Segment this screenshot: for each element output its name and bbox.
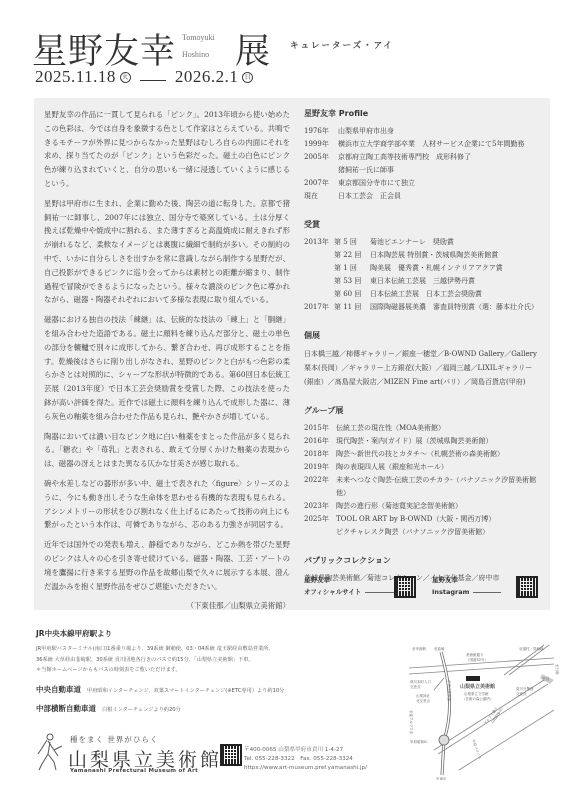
group-year: 2023年 — [304, 500, 336, 513]
expressway-access: 中央自動車道甲府昭和インターチェンジ、双葉スマートインターチェンジ(※ETC専用… — [36, 684, 376, 695]
award-row: 2013年第 5 回菊池ビエンナーレ 奨励賞 — [304, 236, 540, 249]
award-text: 陶美展 優秀賞・札幌インテリアアクア賞 — [370, 262, 540, 275]
award-text: 菊池ビエンナーレ 奨励賞 — [370, 236, 540, 249]
award-year: 2017年 — [304, 301, 334, 314]
museum-qr-code-icon[interactable] — [220, 744, 242, 766]
award-year: 2013年 — [304, 236, 334, 249]
museum-name-english: Yamanashi Prefectural Museum of Art — [70, 768, 198, 774]
group-row: 2018年陶芸～新世代の技とカタチ～（札幌芸術の森美術館） — [304, 448, 540, 461]
essay-paragraph: 磁器における独自の技法「練継」は、伝統的な技法の「練上」と「胴継」を組み合わせた… — [44, 313, 290, 423]
awards-title: 受賞 — [304, 219, 540, 230]
map-label: 至東京 — [436, 776, 447, 780]
group-year: 2016年 — [304, 435, 336, 448]
museum-phone-fax: Tel. 055-228-3322 Fax. 055-228-3324 — [244, 755, 367, 764]
award-year — [304, 275, 334, 288]
map-label: 美術館通り — [466, 652, 484, 657]
award-text: 国際陶磁器展美濃 審査員特別賞（選：藤本壮介氏） — [370, 301, 540, 314]
profile-text: 京都府立陶工高等技術専門校 成形科修了 猪飼祐一氏に師事 — [338, 151, 540, 177]
profile-title: 星野友幸 Profile — [304, 108, 540, 119]
group-text: 陶の表現四人展（銀座和光ホール） — [336, 461, 540, 474]
group-row: 2015年伝統工芸の現在性（MOA美術館） — [304, 422, 540, 435]
award-year — [304, 288, 334, 301]
award-row: 第 53 回東日本伝統工芸展 三越伊勢丹賞 — [304, 275, 540, 288]
map-label: 貢川本町入口 — [410, 679, 431, 684]
group-row: ピクチャレスク陶芸（パナソニック汐留美術館） — [304, 526, 540, 539]
profile-section: 星野友幸 Profile 1976年山梨県甲府市出身 1999年横浜市立大学商学… — [304, 108, 540, 203]
curator-essay: 星野友幸の作品に一貫して見られる「ピンク」。2013年頃から使い始めたこの色彩は… — [44, 108, 290, 619]
award-text: 日本伝統工芸展 日本工芸会奨励賞 — [370, 288, 540, 301]
road-title: 中央自動車道 — [36, 684, 81, 695]
map-label: 至甲府駅 — [412, 646, 426, 651]
exhibition-subtitle: キュレーターズ・アイ — [290, 39, 394, 51]
date-start: 2025.11.18 — [35, 67, 116, 87]
official-site-line1: 星野友幸 — [304, 574, 405, 586]
group-row: 2023年陶芸の進行形（菊池寛実記念智美術館） — [304, 500, 540, 513]
profile-year: 2007年 — [304, 177, 338, 190]
award-edition: 第 5 回 — [334, 236, 370, 249]
group-row: 2019年陶の表現四人展（銀座和光ホール） — [304, 461, 540, 474]
group-year: 2015年 — [304, 422, 336, 435]
profile-text: 山梨県甲府市出身 — [338, 125, 540, 138]
essay-paragraph: 星野は甲府市に生まれ、企業に勤めた後、陶芸の道に転身した。京都で猪飼祐一に師事し… — [44, 197, 290, 307]
map-label: 山梨神社 — [416, 693, 430, 698]
access-info: JR中央本線甲府駅より JR甲府駅バスターミナル(南口)1番乗り場より、39系統… — [36, 628, 376, 714]
essay-signature: （下東佳那／山梨県立美術館） — [44, 599, 290, 613]
group-exhibitions-section: グループ展 2015年伝統工芸の現在性（MOA美術館） 2016年現代陶芸・案内… — [304, 405, 540, 539]
jr-access-line: 36系統 大草経由韮崎駅、30系統 貢川団地各行きのバスで約15分、「山梨県立美… — [36, 655, 376, 666]
profile-year: 1976年 — [304, 125, 338, 138]
map-label: （国道52号） — [466, 657, 488, 662]
sower-figure-logo-icon — [36, 732, 66, 772]
map-label: 荒川 — [542, 676, 550, 681]
award-row: 第 1 回陶美展 優秀賞・札幌インテリアアクア賞 — [304, 262, 540, 275]
content-panel: 星野友幸の作品に一貫して見られる「ピンク」。2013年頃から使い始めたこの色彩は… — [34, 98, 550, 610]
museum-url[interactable]: https://www.art-museum.pref.yamanashi.jp… — [244, 764, 367, 773]
jr-access-line: JR甲府駅バスターミナル(南口)1番乗り場より、39系統 御勅使、03・04系統… — [36, 644, 376, 655]
profile-row: 現在日本工芸会 正会員 — [304, 190, 540, 203]
group-text: 伝統工芸の現在性（MOA美術館） — [336, 422, 540, 435]
group-text: 現代陶芸・案内(ガイド）展（茨城県陶芸美術館） — [336, 435, 540, 448]
award-edition: 第 1 回 — [334, 262, 370, 275]
museum-address: 〒400-0065 山梨県甲府市貢川 1-4-27 — [244, 746, 367, 755]
road-title: 中部横断自動車道 — [36, 703, 96, 714]
artist-first-name: Tomoyuki — [182, 29, 215, 46]
group-year: 2019年 — [304, 461, 336, 474]
map-museum-label: 山梨県立美術館 — [460, 683, 496, 690]
artist-profile: 星野友幸 Profile 1976年山梨県甲府市出身 1999年横浜市立大学商学… — [304, 108, 540, 601]
instagram-line2: Instagram — [432, 588, 469, 596]
award-edition: 第 60 回 — [334, 288, 370, 301]
award-edition: 第 11 回 — [334, 301, 370, 314]
museum-location-marker-icon — [466, 676, 480, 681]
group-text: TOOL OR ART by B-OWND（大阪・関西万博） — [336, 513, 540, 526]
profile-text: 東京都国分寺市にて独立 — [338, 177, 540, 190]
instagram-line1: 星野友幸 — [432, 574, 501, 586]
expressway-access: 中部横断自動車道白根インターチェンジより約20分 — [36, 703, 376, 714]
solo-venues: 日本橋三越／柿傳ギャラリー／銀座一穂堂／B-OWND Gallery／Galle… — [304, 347, 540, 389]
award-edition: 第 22 回 — [334, 249, 370, 262]
award-row: 第 60 回日本伝統工芸展 日本工芸会奨励賞 — [304, 288, 540, 301]
map-label: 甲府昭和IC — [410, 739, 428, 744]
award-row: 2017年第 11 回国際陶磁器展美濃 審査員特別賞（選：藤本壮介氏） — [304, 301, 540, 314]
interchange-marker-icon — [439, 735, 449, 745]
map-label: 中央自動車道 — [447, 680, 452, 701]
profile-text: 横浜市立大学商学部卒業 人材サービス企業にて5年間勤務 — [338, 138, 540, 151]
map-label: 至韮崎 — [434, 646, 445, 651]
group-row: 2025年TOOL OR ART by B-OWND（大阪・関西万博） — [304, 513, 540, 526]
profile-row: 2007年東京都国分寺市にて独立 — [304, 177, 540, 190]
essay-paragraph: 陶器においては濃い目なピンク地に白い釉薬をまとった作品が多く見られる。「糖衣」や… — [44, 430, 290, 471]
group-row: 2016年現代陶芸・案内(ガイド）展（茨城県陶芸美術館） — [304, 435, 540, 448]
group-year — [304, 526, 336, 539]
group-row: 2022年未来へつなぐ陶芸-伝統工芸のチカラ-（パナソニック汐留美術館他） — [304, 474, 540, 500]
map-label: 北交差点 — [416, 698, 430, 703]
award-edition: 第 53 回 — [334, 275, 370, 288]
group-title: グループ展 — [304, 405, 540, 416]
solo-exhibitions-section: 個展 日本橋三越／柿傳ギャラリー／銀座一穂堂／B-OWND Gallery／Ga… — [304, 330, 540, 389]
profile-year: 1999年 — [304, 138, 338, 151]
date-end: 2026.2.1 — [175, 67, 239, 87]
collection-title: パブリックコレクション — [304, 555, 540, 566]
map-label: （芸術の森公園内） — [462, 696, 494, 701]
museum-contact: 〒400-0065 山梨県甲府市貢川 1-4-27 Tel. 055-228-3… — [244, 746, 367, 773]
map-label: 至石和 — [555, 664, 560, 675]
exhibition-dates: 2025.11.18 火 2026.2.1 日 — [35, 67, 253, 87]
group-text: 未来へつなぐ陶芸-伝統工芸のチカラ-（パナソニック汐留美術館他） — [336, 474, 540, 500]
map-label: 交差点 — [516, 691, 527, 696]
access-map: 至甲府駅 至韮崎 至湯村・昇仙峡 美術館通り （国道52号） 山梨県立美術館 山… — [404, 630, 562, 780]
profile-row: 2005年京都府立陶工高等技術専門校 成形科修了 猪飼祐一氏に師事 — [304, 151, 540, 177]
instagram-link[interactable]: 星野友幸 Instagram — [432, 574, 501, 598]
date-start-weekday: 火 — [120, 72, 131, 83]
official-site-qr-code-icon[interactable] — [394, 576, 416, 598]
essay-paragraph: 近年では国外での発表も増え、静穏でありながら、どこか熱を帯びた星野のピンクは人々… — [44, 538, 290, 593]
road-text: 白根インターチェンジより約20分 — [102, 706, 181, 713]
artist-links: 星野友幸 オフィシャルサイト 星野友幸 Instagram — [304, 574, 540, 604]
map-label: 山梨県立文学館 — [464, 691, 489, 696]
award-year — [304, 262, 334, 275]
official-site-link[interactable]: 星野友幸 オフィシャルサイト — [304, 574, 405, 598]
artist-last-name: Hoshino — [182, 46, 215, 63]
group-year: 2018年 — [304, 448, 336, 461]
essay-paragraph: 星野友幸の作品に一貫して見られる「ピンク」。2013年頃から使い始めたこの色彩は… — [44, 108, 290, 191]
group-text: 陶芸の進行形（菊池寛実記念智美術館） — [336, 500, 540, 513]
road-text: 甲府昭和インターチェンジ、双葉スマートインターチェンジ(※ETC専用）より約10… — [87, 687, 284, 694]
map-label: 甲府バイパス — [471, 739, 483, 761]
award-row: 第 22 回日本陶芸展 特別賞・茨城県陶芸美術館賞 — [304, 249, 540, 262]
jr-access-title: JR中央本線甲府駅より — [36, 628, 376, 639]
group-year: 2022年 — [304, 474, 336, 500]
group-text: ピクチャレスク陶芸（パナソニック汐留美術館） — [336, 526, 540, 539]
map-label: 至湯村・昇仙峡 — [519, 646, 544, 651]
official-site-line2: オフィシャルサイト — [304, 588, 361, 596]
profile-row: 1999年横浜市立大学商学部卒業 人材サービス企業にて5年間勤務 — [304, 138, 540, 151]
museum-slogan: 種をまく 世界がひらく — [70, 734, 158, 745]
award-year — [304, 249, 334, 262]
group-text: 陶芸～新世代の技とカタチ～（札幌芸術の森美術館） — [336, 448, 540, 461]
date-end-weekday: 日 — [242, 72, 253, 83]
solo-title: 個展 — [304, 330, 540, 341]
profile-year: 2005年 — [304, 151, 338, 177]
map-label: 至南アルプス市 — [409, 710, 414, 735]
group-year: 2025年 — [304, 513, 336, 526]
exhibition-header: 星野友幸 Tomoyuki Hoshino 展 キュレーターズ・アイ 2025.… — [32, 20, 552, 90]
essay-paragraph: 碗や水差しなどの器形が多い中、磁土で表された〈figure〉シリーズのように、今… — [44, 477, 290, 532]
profile-row: 1976年山梨県甲府市出身 — [304, 125, 540, 138]
date-separator — [140, 80, 166, 81]
profile-text: 日本工芸会 正会員 — [338, 190, 540, 203]
jr-access-line: ＊当館ホームページからもバスの時刻表をご覧いただけます。 — [36, 665, 376, 676]
award-text: 日本陶芸展 特別賞・茨城県陶芸美術館賞 — [370, 249, 540, 262]
link-underline — [473, 592, 501, 593]
map-label: 交差点 — [410, 684, 421, 689]
award-text: 東日本伝統工芸展 三越伊勢丹賞 — [370, 275, 540, 288]
instagram-qr-code-icon[interactable] — [516, 576, 538, 598]
map-label: 貢川分署西 — [516, 686, 534, 691]
awards-section: 受賞 2013年第 5 回菊池ビエンナーレ 奨励賞 第 22 回日本陶芸展 特別… — [304, 219, 540, 314]
artist-name-english: Tomoyuki Hoshino — [182, 29, 215, 63]
profile-year: 現在 — [304, 190, 338, 203]
